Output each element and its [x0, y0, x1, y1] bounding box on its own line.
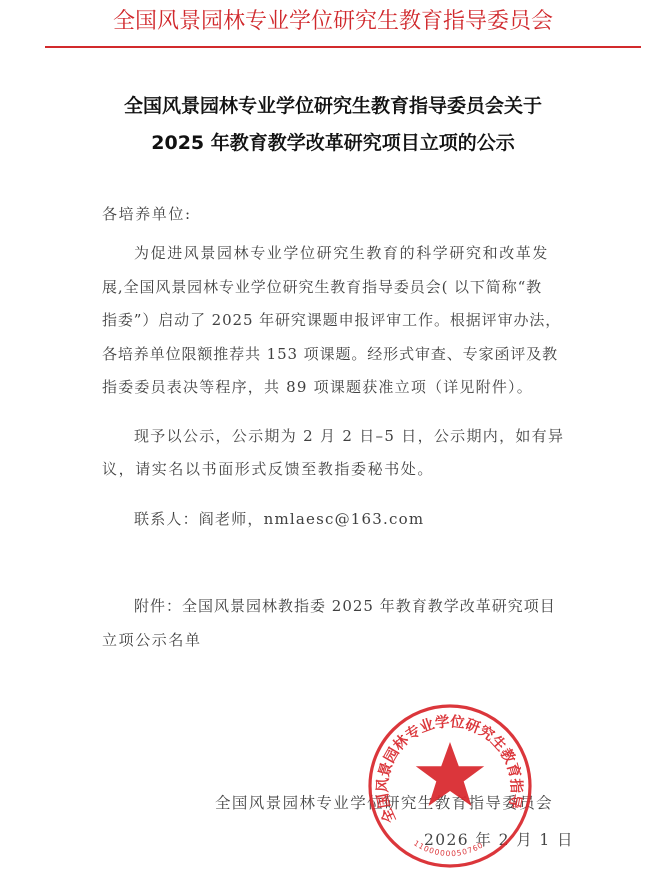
- paragraph-1-line-2: 展,全国风景园林专业学位研究生教育指导委员会( 以下简称“教: [102, 276, 542, 297]
- stamp-code-text: 1100000050760: [412, 839, 485, 859]
- paragraph-1-line-5: 指委委员表决等程序，共 89 项课题获准立项（详见附件）。: [102, 376, 533, 397]
- salutation: 各培养单位:: [102, 203, 192, 224]
- paragraph-1-line-1: 为促进风景园林专业学位研究生教育的科学研究和改革发: [134, 242, 549, 263]
- contact-line: 联系人：阎老师，nmlaesc@163.com: [134, 508, 424, 529]
- letterhead-divider: [45, 46, 641, 48]
- attachment-line-2: 立项公示名单: [102, 629, 202, 650]
- paragraph-1-line-3: 指委”）启动了 2025 年研究课题申报评审工作。根据评审办法，: [102, 309, 561, 330]
- paragraph-2-line-2: 议，请实名以书面形式反馈至教指委秘书处。: [102, 458, 434, 479]
- title-line-1: 全国风景园林专业学位研究生教育指导委员会关于: [0, 94, 666, 118]
- paragraph-2-line-1: 现予以公示，公示期为 2 月 2 日–5 日，公示期内，如有异: [134, 425, 564, 446]
- paragraph-1-line-4: 各培养单位限额推荐共 153 项课题。经形式审查、专家函评及教: [102, 343, 558, 364]
- letterhead-org-name: 全国风景园林专业学位研究生教育指导委员会: [0, 6, 666, 38]
- title-line-2: 2025 年教育教学改革研究项目立项的公示: [0, 131, 666, 155]
- star-icon: [416, 742, 484, 806]
- official-seal-stamp: 全国风景园林专业学位研究生教育指导委员会 1100000050760: [366, 702, 534, 870]
- attachment-line-1: 附件：全国风景园林教指委 2025 年教育教学改革研究项目: [134, 595, 556, 616]
